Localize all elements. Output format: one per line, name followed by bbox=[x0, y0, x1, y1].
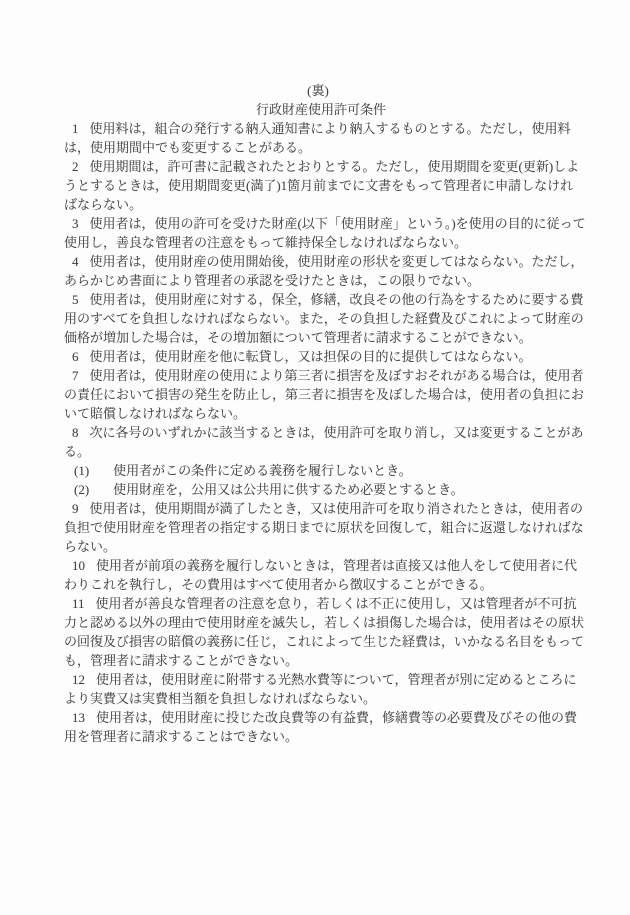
document-page: (裏) 行政財産使用許可条件 1使用料は，組合の発行する納入通知書により納入する… bbox=[0, 0, 630, 915]
condition-item: 3使用者は，使用の許可を受けた財産(以下「使用財産」という。)を使用の目的に従っ… bbox=[0, 214, 586, 252]
item-text: 使用者が前項の義務を履行しないときは，管理者は直接又は他人をして使用者に代わりこ… bbox=[64, 558, 577, 592]
page-side-label: (裏) bbox=[3, 81, 630, 100]
item-number: 3 bbox=[72, 216, 79, 231]
item-number: 9 bbox=[72, 501, 79, 516]
item-number: 7 bbox=[72, 368, 79, 383]
item-text: 使用者は，使用財産の使用開始後，使用財産の形状を変更してはならない。ただし，あら… bbox=[64, 254, 584, 288]
item-number: 8 bbox=[72, 425, 79, 440]
subitem-text: 使用者がこの条件に定める義務を履行しないとき。 bbox=[113, 463, 411, 478]
item-text: 使用者は，使用財産に投じた改良費等の有益費，修繕費等の必要費及びその他の費用を管… bbox=[64, 710, 577, 744]
item-text: 次に各号のいずれかに該当するときは，使用許可を取り消し，又は変更することがある。 bbox=[64, 425, 584, 459]
subitem-number: (1) bbox=[74, 463, 89, 478]
item-number: 12 bbox=[72, 672, 85, 687]
item-text: 使用料は，組合の発行する納入通知書により納入するものとする。ただし，使用料は，使… bbox=[64, 121, 571, 155]
condition-item: 4使用者は，使用財産の使用開始後，使用財産の形状を変更してはならない。ただし，あ… bbox=[0, 252, 586, 290]
item-number: 5 bbox=[72, 292, 79, 307]
condition-item: 6使用者は，使用財産を他に転貸し，又は担保の目的に提供してはならない。 bbox=[0, 347, 586, 366]
item-number: 6 bbox=[72, 349, 79, 364]
item-text: 使用者は，使用の許可を受けた財産(以下「使用財産」という。)を使用の目的に従って… bbox=[64, 216, 586, 250]
document-title: 行政財産使用許可条件 bbox=[6, 100, 630, 119]
item-number: 11 bbox=[72, 596, 85, 611]
item-text: 使用者は，使用財産を他に転貸し，又は担保の目的に提供してはならない。 bbox=[90, 349, 532, 364]
condition-item: 5使用者は，使用財産に対する，保全，修繕，改良その他の行為をするために要する費用… bbox=[0, 290, 586, 347]
item-text: 使用者は，使用財産の使用により第三者に損害を及ぼすおそれがある場合は，使用者の責… bbox=[64, 368, 584, 421]
condition-item: 11使用者が善良な管理者の注意を怠り，若しくは不正に使用し，又は管理者が不可抗力… bbox=[0, 594, 586, 670]
conditions-list: 1使用料は，組合の発行する納入通知書により納入するものとする。ただし，使用料は，… bbox=[0, 119, 586, 746]
condition-item: 8次に各号のいずれかに該当するときは，使用許可を取り消し，又は変更することがある… bbox=[0, 423, 586, 461]
item-number: 13 bbox=[72, 710, 85, 725]
condition-item: 1使用料は，組合の発行する納入通知書により納入するものとする。ただし，使用料は，… bbox=[0, 119, 586, 157]
condition-item: 2使用期間は，許可書に記載されたとおりとする。ただし，使用期間を変更(更新)しよ… bbox=[0, 157, 586, 214]
item-number: 2 bbox=[72, 159, 79, 174]
item-number: 4 bbox=[72, 254, 79, 269]
item-number: 10 bbox=[72, 558, 85, 573]
item-text: 使用者が善良な管理者の注意を怠り，若しくは不正に使用し，又は管理者が不可抗力と認… bbox=[64, 596, 584, 668]
condition-item: 7使用者は，使用財産の使用により第三者に損害を及ぼすおそれがある場合は，使用者の… bbox=[0, 366, 586, 423]
subitem-number: (2) bbox=[74, 482, 89, 497]
condition-subitem: (1)使用者がこの条件に定める義務を履行しないとき。 bbox=[0, 461, 586, 480]
subitem-text: 使用財産を，公用又は公共用に供するため必要とするとき。 bbox=[113, 482, 463, 497]
item-text: 使用期間は，許可書に記載されたとおりとする。ただし，使用期間を変更(更新)しよう… bbox=[64, 159, 579, 212]
condition-item: 13使用者は，使用財産に投じた改良費等の有益費，修繕費等の必要費及びその他の費用… bbox=[0, 708, 586, 746]
condition-item: 9使用者は，使用期間が満了したとき，又は使用許可を取り消されたときは，使用者の負… bbox=[0, 499, 586, 556]
item-text: 使用者は，使用財産に対する，保全，修繕，改良その他の行為をするために要する費用の… bbox=[64, 292, 584, 345]
condition-item: 10使用者が前項の義務を履行しないときは，管理者は直接又は他人をして使用者に代わ… bbox=[0, 556, 586, 594]
condition-subitem: (2)使用財産を，公用又は公共用に供するため必要とするとき。 bbox=[0, 480, 586, 499]
item-text: 使用者は，使用期間が満了したとき，又は使用許可を取り消されたときは，使用者の負担… bbox=[64, 501, 584, 554]
item-number: 1 bbox=[72, 121, 79, 136]
condition-item: 12使用者は，使用財産に附帯する光熱水費等について，管理者が別に定めるところによ… bbox=[0, 670, 586, 708]
item-text: 使用者は，使用財産に附帯する光熱水費等について，管理者が別に定めるところにより実… bbox=[64, 672, 576, 706]
